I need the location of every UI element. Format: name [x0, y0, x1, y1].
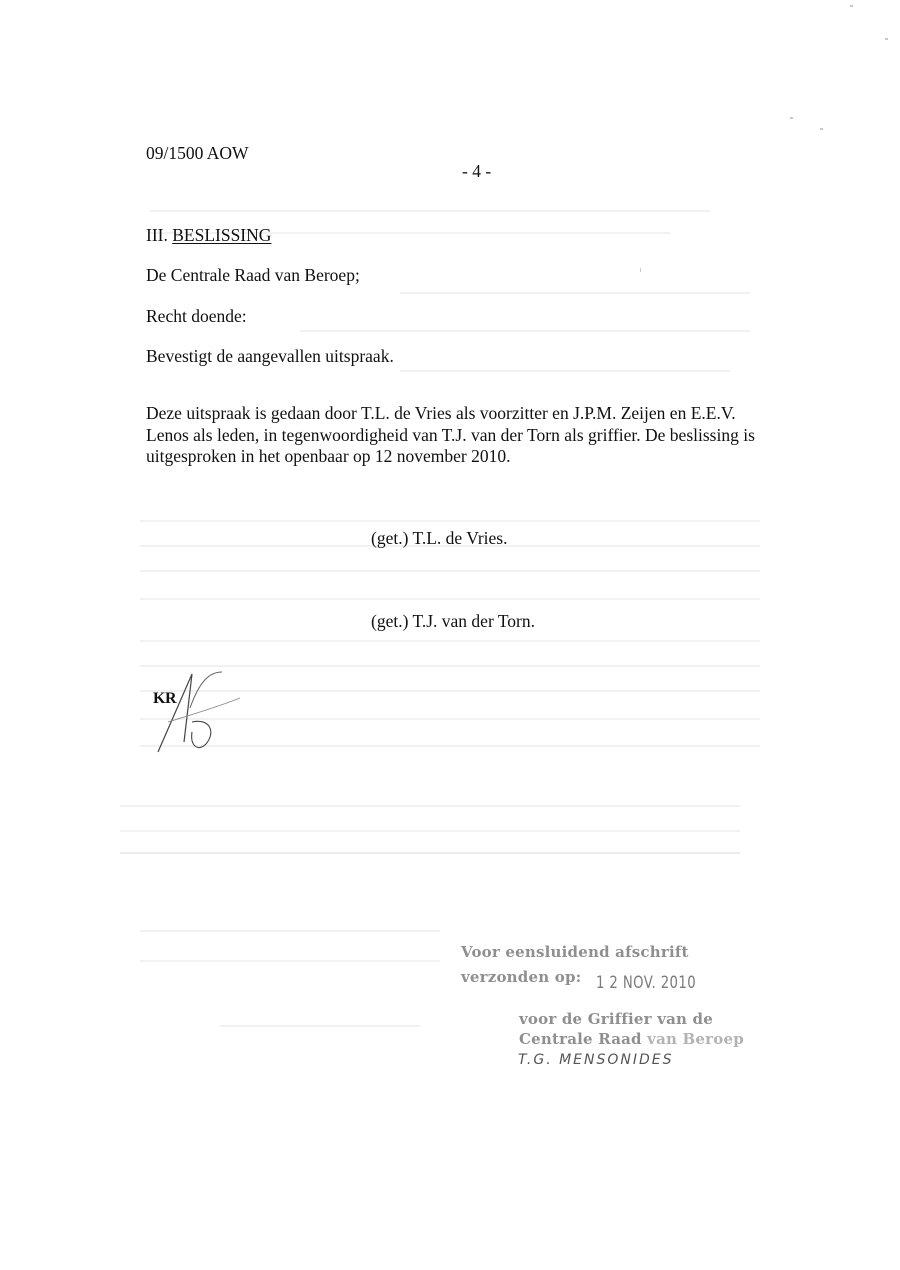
stamp-handwritten-name: T.G. MENSONIDES	[518, 1052, 674, 1068]
stamp-line-2: verzonden op:	[461, 968, 581, 986]
bleed-through-mark	[140, 930, 440, 932]
signature-clerk: (get.) T.J. van der Torn.	[371, 610, 535, 632]
bleed-through-mark	[400, 370, 730, 372]
document-page: 09/1500 AOW - 4 - III. BESLISSING De Cen…	[0, 0, 900, 1270]
stamp-date: 1 2 NOV. 2010	[596, 973, 696, 993]
handwritten-paraph-icon	[140, 660, 250, 760]
signature-chair: (get.) T.L. de Vries.	[371, 527, 507, 549]
composition-paragraph: Deze uitspraak is gedaan door T.L. de Vr…	[146, 403, 766, 468]
bleed-through-mark	[120, 852, 740, 854]
stamp-line-4: Centrale Raad van Beroep	[519, 1030, 744, 1048]
stamp-line-4-dark: Centrale Raad	[519, 1030, 642, 1048]
scan-speck	[885, 38, 888, 40]
stamp-line-1: Voor eensluidend afschrift	[461, 943, 689, 961]
stamp-line-3: voor de Griffier van de	[519, 1010, 713, 1028]
bleed-through-mark	[140, 598, 760, 600]
page-number: - 4 -	[462, 160, 491, 182]
scan-speck	[790, 117, 793, 119]
stamp-line-4-light: van Beroep	[642, 1030, 744, 1048]
section-heading: III. BESLISSING	[146, 224, 271, 246]
bleed-through-mark	[400, 292, 750, 294]
bleed-through-mark	[140, 570, 760, 572]
bleed-through-mark	[140, 640, 760, 642]
bleed-through-mark	[140, 520, 760, 522]
bleed-through-mark	[140, 960, 440, 962]
section-numeral: III.	[146, 225, 172, 245]
bleed-through-mark	[120, 805, 740, 807]
scan-speck	[820, 128, 823, 130]
ruling-text: Bevestigt de aangevallen uitspraak.	[146, 345, 394, 367]
case-reference: 09/1500 AOW	[146, 142, 249, 164]
bleed-through-mark	[150, 210, 710, 212]
scan-speck	[640, 268, 641, 272]
recht-doende: Recht doende:	[146, 305, 247, 327]
scan-speck	[850, 5, 853, 7]
bleed-through-mark	[220, 1025, 420, 1027]
court-name: De Centrale Raad van Beroep;	[146, 264, 360, 286]
bleed-through-mark	[300, 330, 750, 332]
section-title: BESLISSING	[172, 225, 271, 245]
bleed-through-mark	[120, 830, 740, 832]
